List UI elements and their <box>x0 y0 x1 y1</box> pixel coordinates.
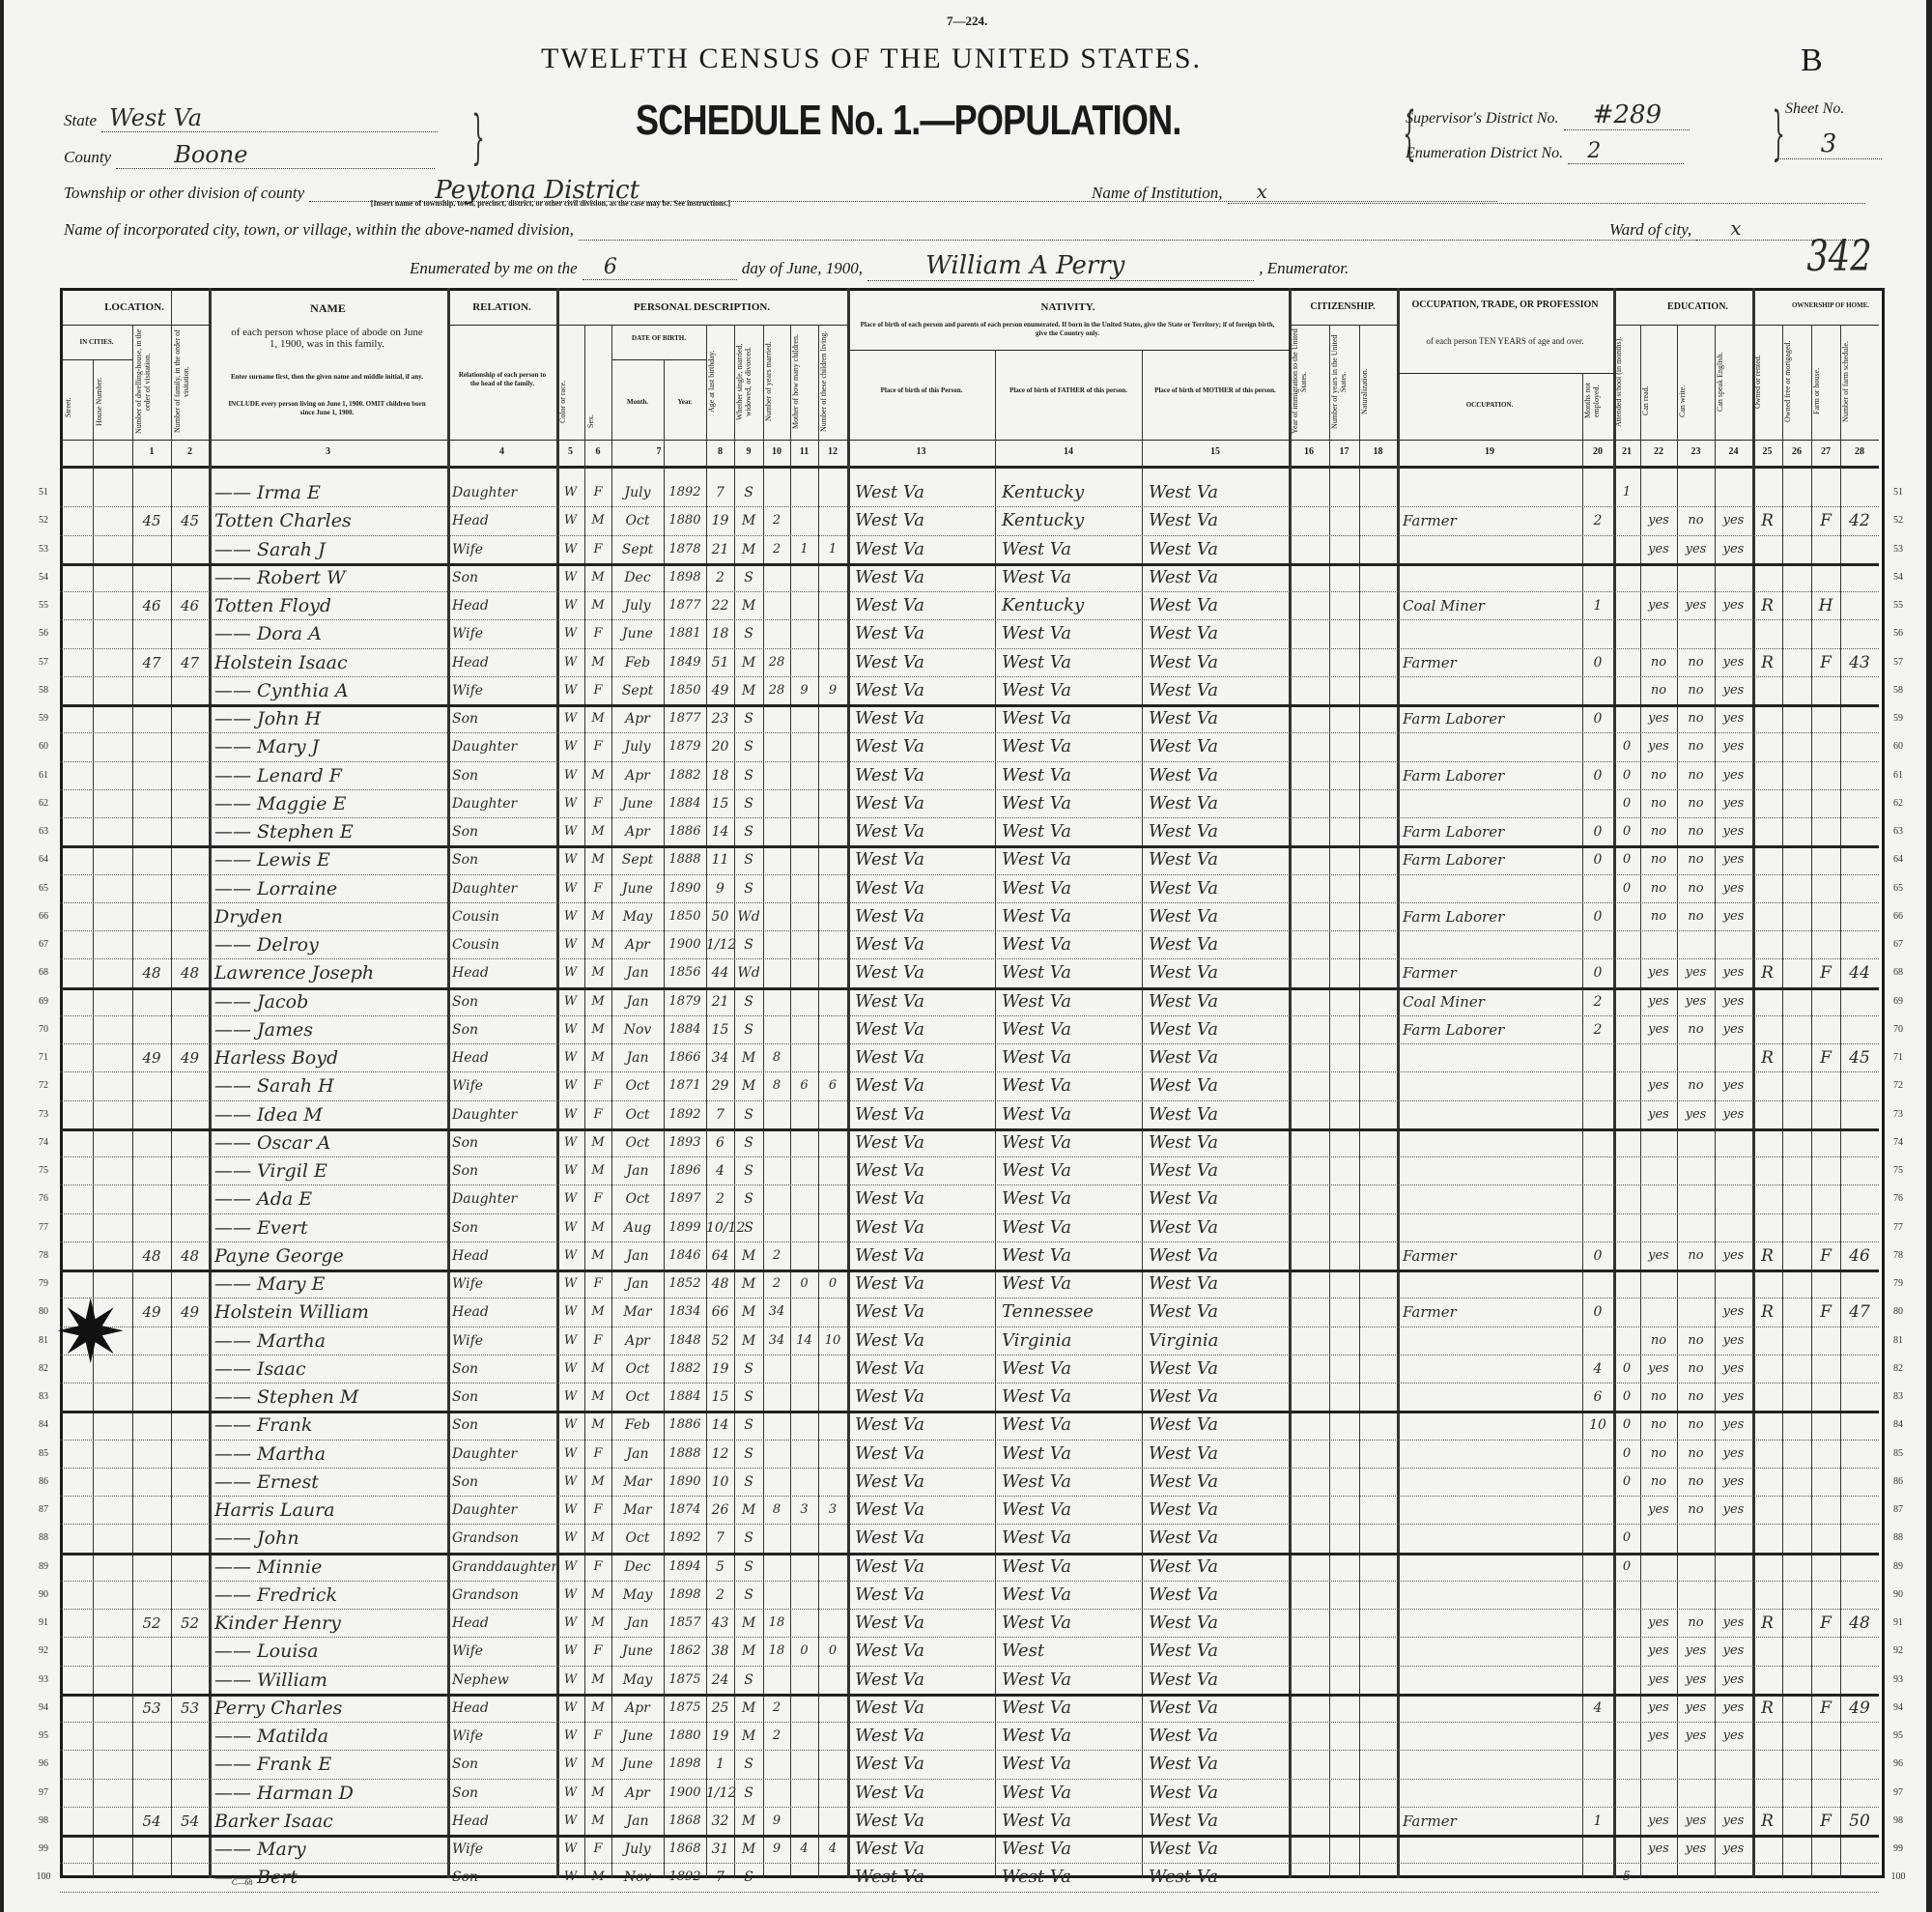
cell-mother-birth: West Va <box>1149 536 1289 563</box>
cell-marital: S <box>734 1780 763 1807</box>
column-number: 12 <box>818 446 847 457</box>
hdr-mother-of: Mother of how many children. <box>791 328 816 435</box>
table-row[interactable]: 5454Barker IsaacHeadWMJan186832M9West Va… <box>0 1808 1932 1836</box>
cell-color: W <box>556 1129 584 1156</box>
table-row[interactable]: —— EvertSonWMAug189910/12SWest VaWest Va… <box>0 1214 1932 1242</box>
cell-birth: West Va <box>855 1157 995 1184</box>
table-row[interactable]: —— Idea MDaughterWFOct18927SWest VaWest … <box>0 1101 1932 1129</box>
table-row[interactable]: —— MarthaDaughterWFJan188812SWest VaWest… <box>0 1441 1932 1469</box>
cell-relation: Son <box>452 1384 556 1411</box>
column-number: 3 <box>209 446 447 457</box>
cell-name: —— Fredrick <box>214 1582 447 1609</box>
cell-schedule <box>1840 592 1879 619</box>
hdr-name: NAME <box>209 301 447 316</box>
cell-father-birth: Kentucky <box>1002 479 1142 506</box>
table-row[interactable]: —— John HSonWMApr187723SWest VaWest VaWe… <box>0 705 1932 733</box>
table-row[interactable]: —— ErnestSonWMMar189010SWest VaWest VaWe… <box>0 1469 1932 1497</box>
cell-father-birth: West Va <box>1002 705 1142 732</box>
cell-living <box>818 790 847 817</box>
cell-month: Apr <box>611 931 664 958</box>
table-row[interactable]: —— LouisaWifeWFJune186238M1800West VaWes… <box>0 1638 1932 1666</box>
table-row[interactable]: —— MaryWifeWFJuly186831M944West VaWest V… <box>0 1836 1932 1864</box>
cell-mother-birth: West Va <box>1149 1610 1289 1637</box>
cell-marital: S <box>734 479 763 506</box>
cell-speak: yes <box>1715 903 1752 930</box>
hdr-in-cities: IN CITIES. <box>60 338 133 346</box>
cell-dwelling <box>132 818 171 845</box>
cell-school <box>1613 1497 1640 1524</box>
hdr-citizenship: CITIZENSHIP. <box>1289 301 1397 312</box>
table-row[interactable]: —— Virgil ESonWMJan18964SWest VaWest VaW… <box>0 1157 1932 1185</box>
table-row[interactable]: —— Mary JDaughterWFJuly187920SWest VaWes… <box>0 733 1932 761</box>
cell-read: no <box>1640 1469 1677 1496</box>
cell-family <box>171 790 209 817</box>
cell-read: yes <box>1640 1808 1677 1835</box>
cell-color: W <box>556 1356 584 1383</box>
hdr-line-location <box>60 325 209 326</box>
state-value: West Va <box>101 104 438 132</box>
cell-mother-birth: West Va <box>1149 1554 1289 1581</box>
cell-family <box>171 1214 209 1241</box>
cell-year: 1866 <box>664 1044 706 1071</box>
cell-mother-birth: West Va <box>1149 1808 1289 1835</box>
cell-dwelling <box>132 1554 171 1581</box>
table-row[interactable]: —— Dora AWifeWFJune188118SWest VaWest Va… <box>0 620 1932 648</box>
cell-sex: M <box>584 818 611 845</box>
hdr-months-unemployed: Months not employed. <box>1583 367 1612 435</box>
cell-speak <box>1715 1554 1752 1581</box>
cell-month: Oct <box>611 1185 664 1213</box>
table-row[interactable]: —— JacobSonWMJan187921SWest VaWest VaWes… <box>0 988 1932 1016</box>
cell-yrs-married <box>763 875 790 902</box>
table-row[interactable]: —— Stephen ESonWMApr188614SWest VaWest V… <box>0 818 1932 846</box>
enumerated-field: Enumerated by me on the 6 day of June, 1… <box>410 251 1349 281</box>
cell-relation: Wife <box>452 677 556 704</box>
cell-relation: Son <box>452 1469 556 1496</box>
table-row[interactable]: —— Lenard FSonWMApr188218SWest VaWest Va… <box>0 762 1932 790</box>
cell-schedule <box>1840 705 1879 732</box>
hdr-line-citizenship <box>1289 325 1397 326</box>
table-row[interactable]: —— MinnieGranddaughterWFDec18945SWest Va… <box>0 1554 1932 1582</box>
cell-marital: M <box>734 1270 763 1298</box>
cell-name: —— Mary J <box>214 733 447 760</box>
cell-age: 1/12 <box>706 1780 734 1807</box>
cell-mother-birth: West Va <box>1149 762 1289 789</box>
cell-write <box>1677 1044 1715 1071</box>
cell-mother-of <box>790 1808 818 1835</box>
cell-write: yes <box>1677 1101 1715 1128</box>
cell-write <box>1677 1525 1715 1552</box>
cell-owned <box>1752 1072 1782 1099</box>
cell-birth: West Va <box>855 903 995 930</box>
cell-relation: Son <box>452 1864 556 1891</box>
cell-owned <box>1752 1214 1782 1241</box>
enum-district-label: Enumeration District No. <box>1406 145 1563 161</box>
cell-month: Jan <box>611 1441 664 1468</box>
cell-name: Totten Charles <box>214 507 447 534</box>
cell-mother-of: 3 <box>790 1497 818 1524</box>
cell-color: W <box>556 649 584 676</box>
cell-mother-of <box>790 1610 818 1637</box>
cell-yrs-married: 9 <box>763 1836 790 1863</box>
cell-year: 1892 <box>664 1864 706 1891</box>
cell-father-birth: West Va <box>1002 1101 1142 1128</box>
cell-yrs-married <box>763 1864 790 1891</box>
table-row[interactable]: 5353Perry CharlesHeadWMApr187525M2West V… <box>0 1695 1932 1723</box>
cell-age: 2 <box>706 1185 734 1213</box>
cell-speak: yes <box>1715 959 1752 986</box>
table-row[interactable]: —— Harman DSonWMApr19001/12SWest VaWest … <box>0 1780 1932 1808</box>
cell-speak: yes <box>1715 875 1752 902</box>
cell-age: 12 <box>706 1441 734 1468</box>
table-row[interactable]: —— Lewis ESonWMSept188811SWest VaWest Va… <box>0 846 1932 874</box>
cell-father-birth: Kentucky <box>1002 507 1142 534</box>
cell-speak: yes <box>1715 733 1752 760</box>
hdr-occupation: OCCUPATION. <box>1397 401 1582 409</box>
cell-month: June <box>611 1751 664 1778</box>
cell-read: no <box>1640 649 1677 676</box>
cell-sex: M <box>584 931 611 958</box>
cell-relation: Daughter <box>452 1441 556 1468</box>
cell-age: 9 <box>706 875 734 902</box>
cell-read <box>1640 1157 1677 1184</box>
cell-yrs-married <box>763 1751 790 1778</box>
table-row[interactable]: 4949Harless BoydHeadWMJan186634M8West Va… <box>0 1044 1932 1072</box>
cell-marital: S <box>734 1101 763 1128</box>
cell-living <box>818 1129 847 1156</box>
table-row[interactable]: —— MatildaWifeWFJune188019M2West VaWest … <box>0 1723 1932 1751</box>
cell-speak <box>1715 620 1752 647</box>
cell-farm <box>1811 733 1840 760</box>
cell-mother-of <box>790 1356 818 1383</box>
cell-mother-birth: West Va <box>1149 1412 1289 1439</box>
cell-name: —— John H <box>214 705 447 732</box>
cell-living <box>818 903 847 930</box>
cell-age: 15 <box>706 1016 734 1043</box>
cell-write: yes <box>1677 1808 1715 1835</box>
cell-school <box>1613 536 1640 563</box>
cell-yrs-married <box>763 846 790 873</box>
cell-sex: M <box>584 1751 611 1778</box>
cell-family <box>171 1780 209 1807</box>
cell-mother-of <box>790 931 818 958</box>
cell-color: W <box>556 1695 584 1722</box>
schedule-title: SCHEDULE No. 1.—POPULATION. <box>636 97 1181 145</box>
cell-mother-birth: West Va <box>1149 1242 1289 1270</box>
cell-yrs-married <box>763 1412 790 1439</box>
cell-owned: R <box>1752 1242 1782 1270</box>
table-row[interactable]: 4848Lawrence JosephHeadWMJan185644WdWest… <box>0 959 1932 987</box>
cell-birth: West Va <box>855 592 995 619</box>
cell-farm <box>1811 1270 1840 1298</box>
cell-yrs-married <box>763 733 790 760</box>
table-row[interactable]: 4848Payne GeorgeHeadWMJan184664M2West Va… <box>0 1242 1932 1270</box>
cell-year: 1896 <box>664 1157 706 1184</box>
table-row[interactable]: —— Ada EDaughterWFOct18972SWest VaWest V… <box>0 1185 1932 1213</box>
cell-mother-birth: West Va <box>1149 1384 1289 1411</box>
hdr-color: Color or race. <box>558 367 583 437</box>
cell-relation: Grandson <box>452 1525 556 1552</box>
hdr-farm-house: Farm or house. <box>1812 348 1839 435</box>
cell-dwelling <box>132 790 171 817</box>
cell-year: 1888 <box>664 1441 706 1468</box>
cell-schedule: 45 <box>1840 1044 1879 1071</box>
cell-unemployed <box>1582 677 1613 704</box>
cell-write: yes <box>1677 592 1715 619</box>
cell-yrs-married <box>763 1214 790 1241</box>
cell-marital: M <box>734 592 763 619</box>
hdr-line-dob <box>611 359 706 360</box>
cell-age: 7 <box>706 1101 734 1128</box>
cell-occupation <box>1403 1157 1582 1184</box>
table-row[interactable]: —— Frank ESonWMJune18981SWest VaWest VaW… <box>0 1751 1932 1779</box>
table-row[interactable]: Harris LauraDaughterWFMar187426M833West … <box>0 1497 1932 1525</box>
cell-birth: West Va <box>855 1298 995 1326</box>
cell-father-birth: West Va <box>1002 1808 1142 1835</box>
cell-read <box>1640 479 1677 506</box>
column-number: 14 <box>995 446 1142 457</box>
cell-read: yes <box>1640 1723 1677 1750</box>
cell-month: Apr <box>611 1695 664 1722</box>
cell-free <box>1782 1129 1811 1156</box>
cell-relation: Head <box>452 507 556 534</box>
cell-month: July <box>611 479 664 506</box>
cell-family: 48 <box>171 959 209 986</box>
column-number: 13 <box>847 446 995 457</box>
cell-living <box>818 1214 847 1241</box>
cell-sex: M <box>584 1808 611 1835</box>
cell-sex: M <box>584 1610 611 1637</box>
table-row[interactable]: —— DelroyCousinWMApr19001/12SWest VaWest… <box>0 931 1932 959</box>
cell-mother-of <box>790 733 818 760</box>
table-row[interactable]: —— Robert WSonWMDec18982SWest VaWest VaW… <box>0 564 1932 592</box>
cell-living <box>818 1101 847 1128</box>
cell-speak: yes <box>1715 1469 1752 1496</box>
cell-father-birth: West Va <box>1002 959 1142 986</box>
cell-mother-of <box>790 479 818 506</box>
table-row[interactable]: 5252Kinder HenryHeadWMJan185743M18West V… <box>0 1610 1932 1638</box>
cell-mother-birth: West Va <box>1149 1044 1289 1071</box>
cell-name: —— Ada E <box>214 1185 447 1213</box>
table-row[interactable]: 4949Holstein WilliamHeadWMMar183466M34We… <box>0 1298 1932 1327</box>
cell-owned <box>1752 931 1782 958</box>
table-row[interactable]: —— IsaacSonWMOct188219SWest VaWest VaWes… <box>0 1356 1932 1384</box>
cell-school <box>1613 1638 1640 1665</box>
table-row[interactable]: —— Sarah JWifeWFSept187821M211West VaWes… <box>0 536 1932 564</box>
table-row[interactable]: —— LorraineDaughterWFJune18909SWest VaWe… <box>0 875 1932 903</box>
cell-color: W <box>556 1441 584 1468</box>
cell-dwelling <box>132 705 171 732</box>
cell-marital: M <box>734 507 763 534</box>
cell-year: 1871 <box>664 1072 706 1099</box>
cell-color: W <box>556 1412 584 1439</box>
cell-family <box>171 762 209 789</box>
cell-schedule: 43 <box>1840 649 1879 676</box>
table-row[interactable]: —— JamesSonWMNov188415SWest VaWest VaWes… <box>0 1016 1932 1044</box>
cell-relation: Son <box>452 1016 556 1043</box>
cell-school <box>1613 592 1640 619</box>
cell-read: no <box>1640 677 1677 704</box>
cell-unemployed <box>1582 1836 1613 1863</box>
cell-color: W <box>556 1864 584 1891</box>
table-row[interactable]: —— WilliamNephewWMMay187524SWest VaWest … <box>0 1667 1932 1695</box>
table-row[interactable]: —— FredrickGrandsonWMMay18982SWest VaWes… <box>0 1582 1932 1610</box>
cell-speak: yes <box>1715 1384 1752 1411</box>
cell-dwelling <box>132 1384 171 1411</box>
cell-family <box>171 1356 209 1383</box>
table-row[interactable]: 4646Totten FloydHeadWMJuly187722MWest Va… <box>0 592 1932 620</box>
cell-speak: yes <box>1715 1356 1752 1383</box>
cell-family <box>171 1836 209 1863</box>
cell-occupation <box>1403 1384 1582 1411</box>
cell-mother-of <box>790 705 818 732</box>
cell-free <box>1782 1072 1811 1099</box>
cell-month: Jan <box>611 1610 664 1637</box>
cell-age: 34 <box>706 1044 734 1071</box>
cell-month: Jan <box>611 1242 664 1270</box>
hdr-birth-mother: Place of birth of MOTHER of this person. <box>1144 386 1287 395</box>
cell-name: —— William <box>214 1667 447 1694</box>
hdr-line-personal <box>556 325 847 326</box>
table-row[interactable]: —— Maggie EDaughterWFJune188415SWest VaW… <box>0 790 1932 818</box>
table-row[interactable]: —— Sarah HWifeWFOct187129M866West VaWest… <box>0 1072 1932 1100</box>
cell-color: W <box>556 1836 584 1863</box>
cell-father-birth: West Va <box>1002 1441 1142 1468</box>
table-row[interactable]: 4747Holstein IsaacHeadWMFeb184951M28West… <box>0 649 1932 677</box>
cell-sex: F <box>584 790 611 817</box>
cell-color: W <box>556 507 584 534</box>
cell-read <box>1640 931 1677 958</box>
cell-age: 48 <box>706 1270 734 1298</box>
cell-birth: West Va <box>855 1836 995 1863</box>
table-row[interactable]: —— Stephen MSonWMOct188415SWest VaWest V… <box>0 1384 1932 1412</box>
cell-occupation: Farm Laborer <box>1403 1016 1582 1043</box>
cell-owned <box>1752 1129 1782 1156</box>
city-label: Name of incorporated city, town, or vill… <box>64 220 574 239</box>
cell-year: 1899 <box>664 1214 706 1241</box>
table-row[interactable]: —— Cynthia AWifeWFSept185049M2899West Va… <box>0 677 1932 705</box>
cell-living <box>818 1441 847 1468</box>
cell-month: Jan <box>611 1044 664 1071</box>
cell-name: —— Louisa <box>214 1638 447 1665</box>
table-row[interactable]: —— MarthaWifeWFApr184852M341410West VaVi… <box>0 1327 1932 1356</box>
cell-owned <box>1752 479 1782 506</box>
cell-schedule: 48 <box>1840 1610 1879 1637</box>
column-number: 28 <box>1840 446 1879 457</box>
table-row[interactable]: —— FrankSonWMFeb188614SWest VaWest VaWes… <box>0 1412 1932 1440</box>
cell-family <box>171 1723 209 1750</box>
cell-yrs-married <box>763 705 790 732</box>
cell-month: Nov <box>611 1864 664 1891</box>
cell-farm <box>1811 1441 1840 1468</box>
cell-occupation <box>1403 1214 1582 1241</box>
cell-write: yes <box>1677 959 1715 986</box>
cell-mother-of <box>790 1384 818 1411</box>
cell-marital: S <box>734 846 763 873</box>
table-row[interactable]: —— Mary EWifeWFJan185248M200West VaWest … <box>0 1270 1932 1298</box>
cell-occupation: Farm Laborer <box>1403 762 1582 789</box>
cell-sex: M <box>584 1129 611 1156</box>
cell-year: 1898 <box>664 1582 706 1609</box>
cell-month: Oct <box>611 1525 664 1552</box>
cell-sex: M <box>584 1356 611 1383</box>
cell-age: 19 <box>706 507 734 534</box>
cell-owned: R <box>1752 1044 1782 1071</box>
column-number: 22 <box>1640 446 1677 457</box>
table-row[interactable]: 4545Totten CharlesHeadWMOct188019M2West … <box>0 507 1932 535</box>
table-row[interactable]: —— JohnGrandsonWMOct18927SWest VaWest Va… <box>0 1525 1932 1553</box>
cell-yrs-married <box>763 818 790 845</box>
cell-birth: West Va <box>855 564 995 591</box>
cell-read: yes <box>1640 1497 1677 1524</box>
cell-age: 31 <box>706 1836 734 1863</box>
cell-family: 49 <box>171 1298 209 1326</box>
cell-color: W <box>556 1270 584 1298</box>
cell-mother-of <box>790 903 818 930</box>
cell-speak: yes <box>1715 1695 1752 1722</box>
cell-year: 1850 <box>664 677 706 704</box>
cell-family <box>171 1554 209 1581</box>
cell-family <box>171 1638 209 1665</box>
cell-mother-birth: West Va <box>1149 1016 1289 1043</box>
cell-relation: Head <box>452 649 556 676</box>
cell-birth: West Va <box>855 1808 995 1835</box>
cell-owned: R <box>1752 507 1782 534</box>
cell-speak: yes <box>1715 1101 1752 1128</box>
cell-write: no <box>1677 733 1715 760</box>
cell-write: yes <box>1677 1723 1715 1750</box>
table-row[interactable]: —— BertSonWMNov18927SWest VaWest VaWest … <box>0 1864 1932 1892</box>
cell-school <box>1613 1185 1640 1213</box>
cell-color: W <box>556 564 584 591</box>
cell-father-birth: West Va <box>1002 1185 1142 1213</box>
cell-marital: S <box>734 1356 763 1383</box>
cell-color: W <box>556 1469 584 1496</box>
cell-family <box>171 903 209 930</box>
cell-age: 5 <box>706 1554 734 1581</box>
table-row[interactable]: DrydenCousinWMMay185050WdWest VaWest VaW… <box>0 903 1932 931</box>
cell-read: no <box>1640 790 1677 817</box>
table-row[interactable]: —— Oscar ASonWMOct18936SWest VaWest VaWe… <box>0 1129 1932 1157</box>
cell-write: no <box>1677 1384 1715 1411</box>
cell-family <box>171 1525 209 1552</box>
cell-relation: Head <box>452 1610 556 1637</box>
hdr-dwelling-number: Number of dwelling-house, in the order o… <box>134 328 169 435</box>
cell-color: W <box>556 1554 584 1581</box>
cell-read: yes <box>1640 1356 1677 1383</box>
hdr-years-in-us: Number of years in the United States. <box>1330 328 1357 435</box>
cell-school: 0 <box>1613 733 1640 760</box>
cell-family <box>171 1582 209 1609</box>
cell-school <box>1613 620 1640 647</box>
cell-sex: M <box>584 959 611 986</box>
cell-unemployed <box>1582 536 1613 563</box>
cell-sex: M <box>584 1044 611 1071</box>
cell-schedule <box>1840 1129 1879 1156</box>
cell-schedule <box>1840 1469 1879 1496</box>
cell-relation: Head <box>452 1298 556 1326</box>
cell-age: 1/12 <box>706 931 734 958</box>
cell-family <box>171 1864 209 1891</box>
table-row[interactable]: —— Irma EDaughterWFJuly18927SWest VaKent… <box>0 479 1932 507</box>
cell-marital: Wd <box>734 959 763 986</box>
form-number: 7—224. <box>947 14 987 29</box>
cell-farm <box>1811 1016 1840 1043</box>
cell-dwelling <box>132 1441 171 1468</box>
cell-marital: M <box>734 1808 763 1835</box>
cell-occupation <box>1403 1695 1582 1722</box>
cell-relation: Son <box>452 1412 556 1439</box>
